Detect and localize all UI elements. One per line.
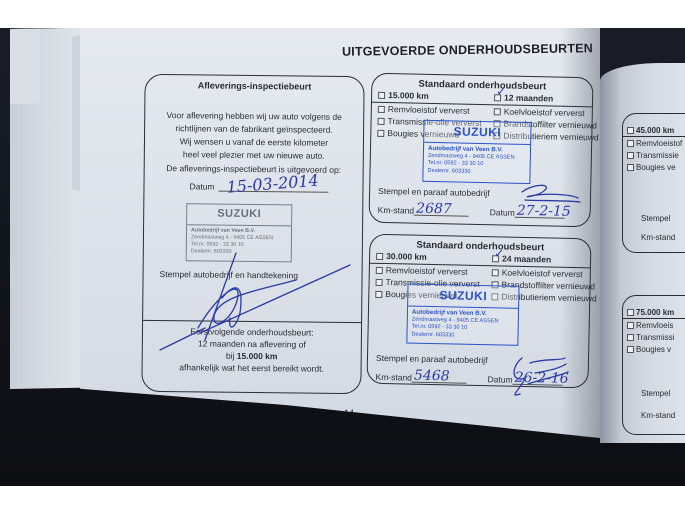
handwritten-signatures (0, 28, 685, 486)
booklet-photo: r r c a a a c a c S 45.000 km Remvloeist… (0, 28, 685, 486)
bottom-margin (0, 486, 685, 514)
